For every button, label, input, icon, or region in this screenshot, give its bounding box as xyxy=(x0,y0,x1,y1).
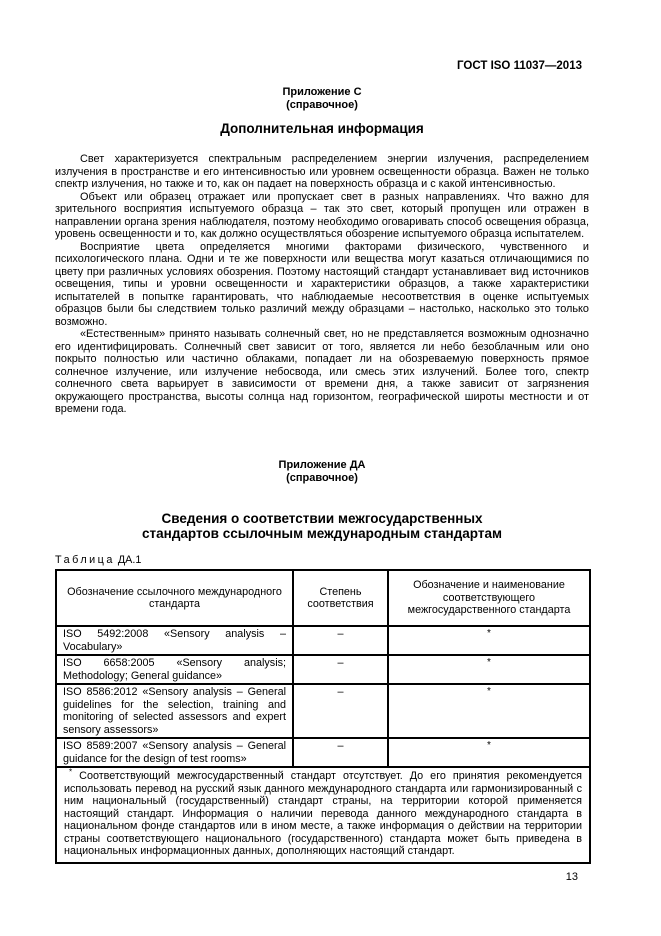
cell-degree: – xyxy=(293,684,388,738)
annex-da-heading-line1: Сведения о соответствии межгосударственн… xyxy=(55,511,589,526)
annex-da-subtitle: (справочное) xyxy=(55,472,589,485)
annex-c-heading: Дополнительная информация xyxy=(55,121,589,136)
table-label: Таблица ДА.1 xyxy=(55,554,141,566)
footnote-marker: * xyxy=(69,767,72,776)
annex-da-heading: Сведения о соответствии межгосударственн… xyxy=(55,511,589,541)
table-footnote-row: * Соответствующий межгосударственный ста… xyxy=(56,767,590,863)
table-footnote: * Соответствующий межгосударственный ста… xyxy=(56,767,590,863)
table-row: ISO 8586:2012 «Sensory analysis – Genera… xyxy=(56,684,590,738)
table-row: ISO 6658:2005 «Sensory analysis; Methodo… xyxy=(56,655,590,684)
cell-degree: – xyxy=(293,738,388,767)
column-header-corresponding: Обозначение и наименование соответствующ… xyxy=(388,570,590,626)
paragraph: Восприятие цвета определяется многими фа… xyxy=(55,241,589,329)
cell-standard: ISO 8586:2012 «Sensory analysis – Genera… xyxy=(56,684,293,738)
doc-number: ГОСТ ISO 11037—2013 xyxy=(55,60,582,72)
cell-corresponding: * xyxy=(388,738,590,767)
annex-c-subtitle: (справочное) xyxy=(55,99,589,112)
cell-corresponding: * xyxy=(388,684,590,738)
cell-corresponding: * xyxy=(388,655,590,684)
annex-c-title: Приложение С xyxy=(55,86,589,99)
cell-degree: – xyxy=(293,626,388,655)
page-number: 13 xyxy=(55,871,578,883)
paragraph: «Естественным» принято называть солнечны… xyxy=(55,328,589,416)
annex-da-heading-line2: стандартов ссылочным международным станд… xyxy=(55,526,589,541)
table-header-row: Обозначение ссылочного международного ст… xyxy=(56,570,590,626)
annex-da-header: Приложение ДА (справочное) xyxy=(55,459,589,484)
paragraph: Объект или образец отражает или пропуска… xyxy=(55,191,589,241)
cell-standard: ISO 8589:2007 «Sensory analysis – Genera… xyxy=(56,738,293,767)
table-row: ISO 8589:2007 «Sensory analysis – Genera… xyxy=(56,738,590,767)
table-label-number: ДА.1 xyxy=(118,554,142,566)
column-header-standard: Обозначение ссылочного международного ст… xyxy=(56,570,293,626)
table-label-word: Таблица xyxy=(55,554,115,566)
annex-c-body: Свет характеризуется спектральным распре… xyxy=(55,153,589,416)
footnote-text: Соответствующий межгосударственный станд… xyxy=(64,770,582,857)
column-header-degree: Степень соответствия xyxy=(293,570,388,626)
paragraph: Свет характеризуется спектральным распре… xyxy=(55,153,589,191)
table-row: ISO 5492:2008 «Sensory analysis – Vocabu… xyxy=(56,626,590,655)
annex-da-title: Приложение ДА xyxy=(55,459,589,472)
correspondence-table: Обозначение ссылочного международного ст… xyxy=(55,569,591,864)
annex-c-header: Приложение С (справочное) xyxy=(55,86,589,111)
cell-standard: ISO 5492:2008 «Sensory analysis – Vocabu… xyxy=(56,626,293,655)
cell-corresponding: * xyxy=(388,626,590,655)
cell-standard: ISO 6658:2005 «Sensory analysis; Methodo… xyxy=(56,655,293,684)
document-page: ГОСТ ISO 11037—2013 Приложение С (справо… xyxy=(0,0,661,936)
cell-degree: – xyxy=(293,655,388,684)
